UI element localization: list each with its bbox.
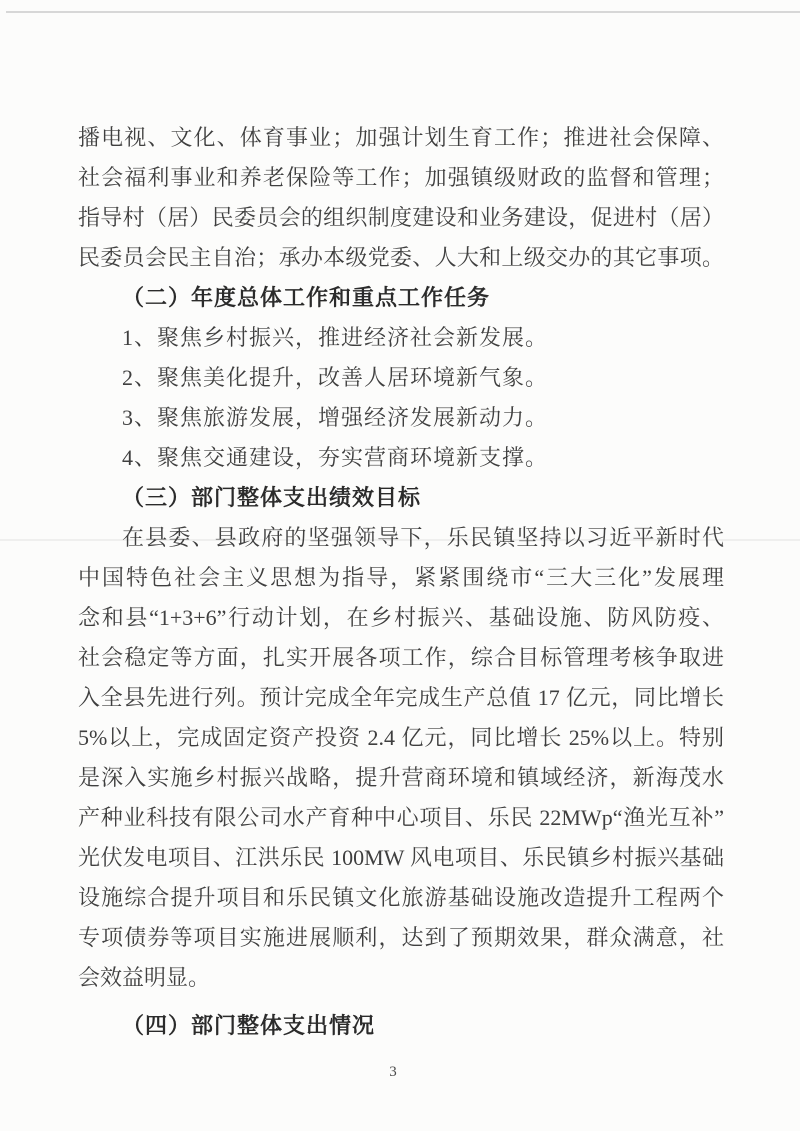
list-item: 1、聚焦乡村振兴，推进经济社会新发展。 (78, 318, 724, 358)
continuation-paragraph: 播电视、文化、体育事业；加强计划生育工作；推进社会保障、 社会福利事业和养老保险… (78, 118, 724, 278)
list-item: 2、聚焦美化提升，改善人居环境新气象。 (78, 358, 724, 398)
text-line: 产种业科技有限公司水产育种中心项目、乐民 22MWp“渔光互补” (78, 798, 724, 838)
text-line: 会效益明显。 (78, 958, 724, 998)
text-line: 指导村（居）民委员会的组织制度建设和业务建设，促进村（居） (78, 198, 724, 238)
text-line: 念和县“1+3+6”行动计划，在乡村振兴、基础设施、防风防疫、 (78, 598, 724, 638)
text-line: 播电视、文化、体育事业；加强计划生育工作；推进社会保障、 (78, 118, 724, 158)
text-line: 在县委、县政府的坚强领导下，乐民镇坚持以习近平新时代 (78, 518, 724, 558)
scanned-document-page: { "page": { "number": "3" }, "document":… (0, 0, 800, 1131)
section-4: （四）部门整体支出情况 (78, 1006, 724, 1046)
document-body: 播电视、文化、体育事业；加强计划生育工作；推进社会保障、 社会福利事业和养老保险… (78, 118, 724, 1046)
text-line: 是深入实施乡村振兴战略，提升营商环境和镇域经济，新海茂水 (78, 758, 724, 798)
list-item: 3、聚焦旅游发展，增强经济发展新动力。 (78, 398, 724, 438)
section-3: （三）部门整体支出绩效目标 在县委、县政府的坚强领导下，乐民镇坚持以习近平新时代… (78, 478, 724, 998)
section-2-heading: （二）年度总体工作和重点工作任务 (78, 278, 724, 318)
text-line: 社会稳定等方面，扎实开展各项工作，综合目标管理考核争取进 (78, 638, 724, 678)
text-line: 设施综合提升项目和乐民镇文化旅游基础设施改造提升工程两个 (78, 878, 724, 918)
text-line: 社会福利事业和养老保险等工作；加强镇级财政的监督和管理； (78, 158, 724, 198)
list-item: 4、聚焦交通建设，夯实营商环境新支撑。 (78, 438, 724, 478)
page-number: 3 (0, 1062, 786, 1082)
section-2: （二）年度总体工作和重点工作任务 1、聚焦乡村振兴，推进经济社会新发展。 2、聚… (78, 278, 724, 478)
text-line: 入全县先进行列。预计完成全年完成生产总值 17 亿元，同比增长 (78, 678, 724, 718)
text-line: 中国特色社会主义思想为指导，紧紧围绕市“三大三化”发展理 (78, 558, 724, 598)
text-line: 民委员会民主自治；承办本级党委、人大和上级交办的其它事项。 (78, 238, 724, 278)
section-4-heading: （四）部门整体支出情况 (78, 1006, 724, 1046)
text-line: 5%以上，完成固定资产投资 2.4 亿元，同比增长 25%以上。特别 (78, 718, 724, 758)
text-line: 专项债券等项目实施进展顺利，达到了预期效果，群众满意，社 (78, 918, 724, 958)
section-3-heading: （三）部门整体支出绩效目标 (78, 478, 724, 518)
scan-artifact-top-line (6, 11, 800, 13)
text-line: 光伏发电项目、江洪乐民 100MW 风电项目、乐民镇乡村振兴基础 (78, 838, 724, 878)
